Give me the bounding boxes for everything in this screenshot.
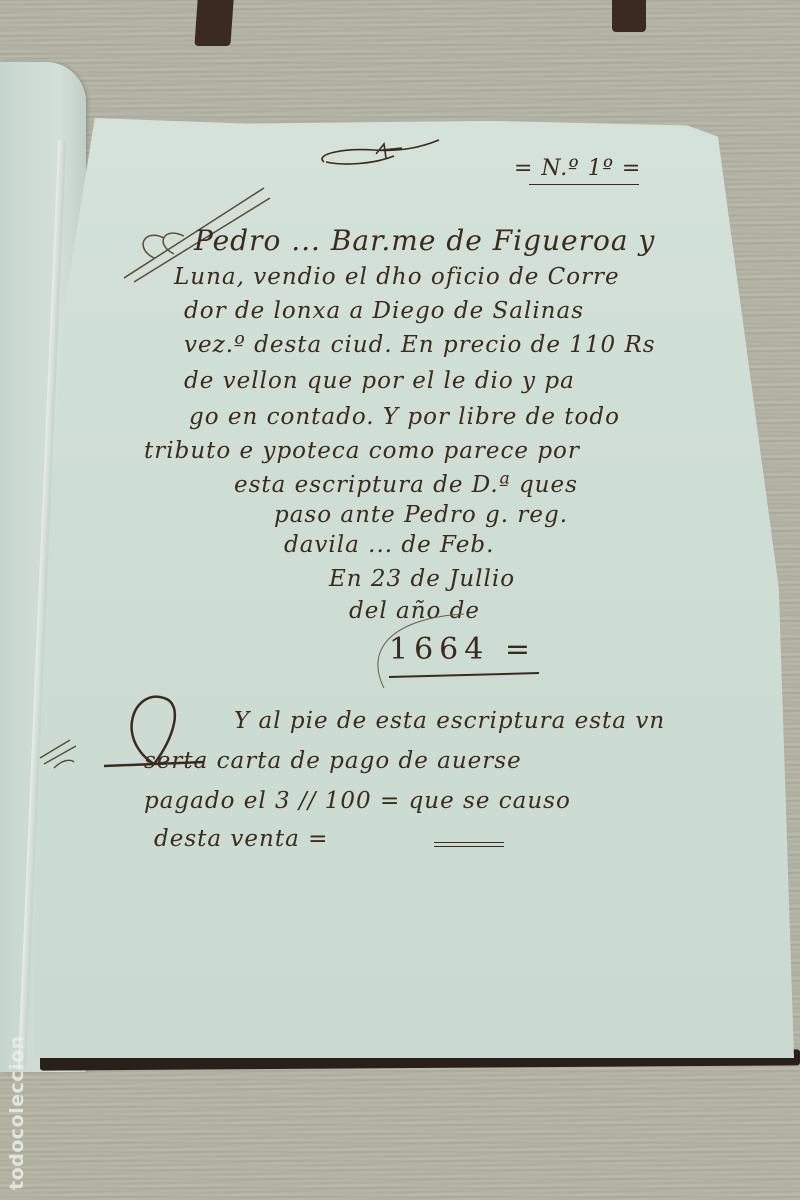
year-flourish-icon xyxy=(354,608,474,698)
text-line: dor de lonxa a Diego de Salinas xyxy=(184,298,584,324)
document-number: = N.º 1º = xyxy=(514,156,641,181)
text-line: esta escriptura de D.ª ques xyxy=(234,472,578,498)
manuscript-page: = N.º 1º = Pedro ... Bar.me de Figueroa … xyxy=(34,118,794,1058)
header-flourish-icon xyxy=(314,136,444,176)
closing-rule xyxy=(434,842,504,843)
text-line: En 23 de Jullio xyxy=(329,566,515,592)
text-line: serta carta de pago de auerse xyxy=(144,748,522,774)
text-line: Pedro ... Bar.me de Figueroa y xyxy=(194,224,655,257)
text-line: go en contado. Y por libre de todo xyxy=(189,404,620,430)
watermark-text: todocoleccion xyxy=(6,1020,30,1190)
stand-leg-left xyxy=(194,0,233,46)
text-line: Luna, vendio el dho oficio de Corre xyxy=(174,264,620,290)
stand-leg-right xyxy=(612,0,646,32)
text-line: vez.º desta ciud. En precio de 110 Rs xyxy=(184,332,656,358)
closing-rule xyxy=(434,846,504,847)
text-line: desta venta = xyxy=(154,826,328,852)
text-line: pagado el 3 // 100 = que se causo xyxy=(144,788,571,814)
text-line: de vellon que por el le dio y pa xyxy=(184,368,575,394)
text-line: tributo e ypoteca como parece por xyxy=(144,438,580,464)
text-line: Y al pie de esta escriptura esta vn xyxy=(234,708,665,734)
number-underline xyxy=(529,184,639,185)
text-line: paso ante Pedro g. reg. xyxy=(274,502,568,528)
text-line: davila ... de Feb. xyxy=(284,532,494,558)
